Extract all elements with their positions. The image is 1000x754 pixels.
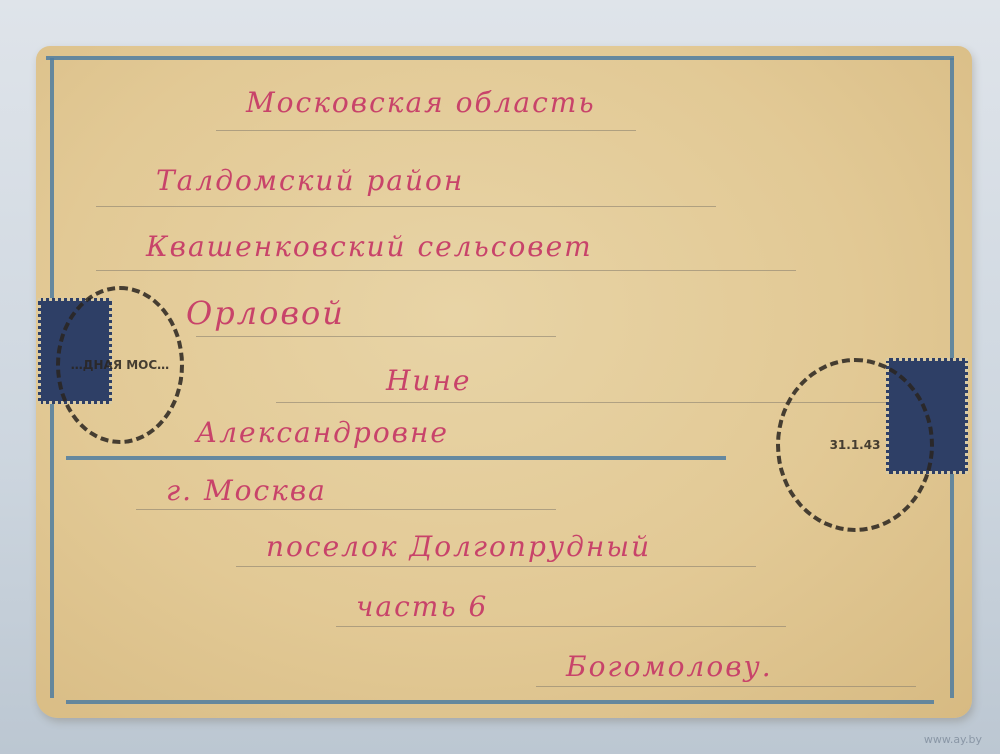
sender-name: Богомолову.	[566, 650, 773, 683]
address-region: Московская область	[246, 86, 596, 119]
border-top	[46, 56, 954, 60]
sender-settlement: поселок Долгопрудный	[266, 530, 651, 563]
guide-rule	[196, 336, 556, 337]
guide-rule	[136, 509, 556, 510]
guide-rule	[336, 626, 786, 627]
postmark-right: 31.1.43	[776, 358, 934, 532]
address-district: Талдомский район	[156, 164, 464, 197]
watermark: www.ay.by	[924, 733, 982, 746]
border-bottom	[66, 700, 934, 704]
guide-rule	[216, 130, 636, 131]
postmark-date: 31.1.43	[830, 438, 881, 452]
sender-unit: часть 6	[356, 590, 488, 623]
guide-rule	[96, 270, 796, 271]
guide-rule	[536, 686, 916, 687]
sender-city: г. Москва	[166, 474, 327, 507]
postmark-left: …ДНАЯ МОС…	[56, 286, 184, 444]
recipient-surname: Орловой	[186, 294, 345, 332]
recipient-name: Нине	[386, 364, 471, 397]
recipient-patronymic: Александровне	[196, 416, 449, 449]
guide-rule	[96, 206, 716, 207]
address-council: Квашенковский сельсовет	[146, 230, 593, 263]
guide-rule	[236, 566, 756, 567]
envelope: Московская область Талдомский район Кваш…	[36, 46, 972, 718]
border-divider	[66, 456, 726, 460]
